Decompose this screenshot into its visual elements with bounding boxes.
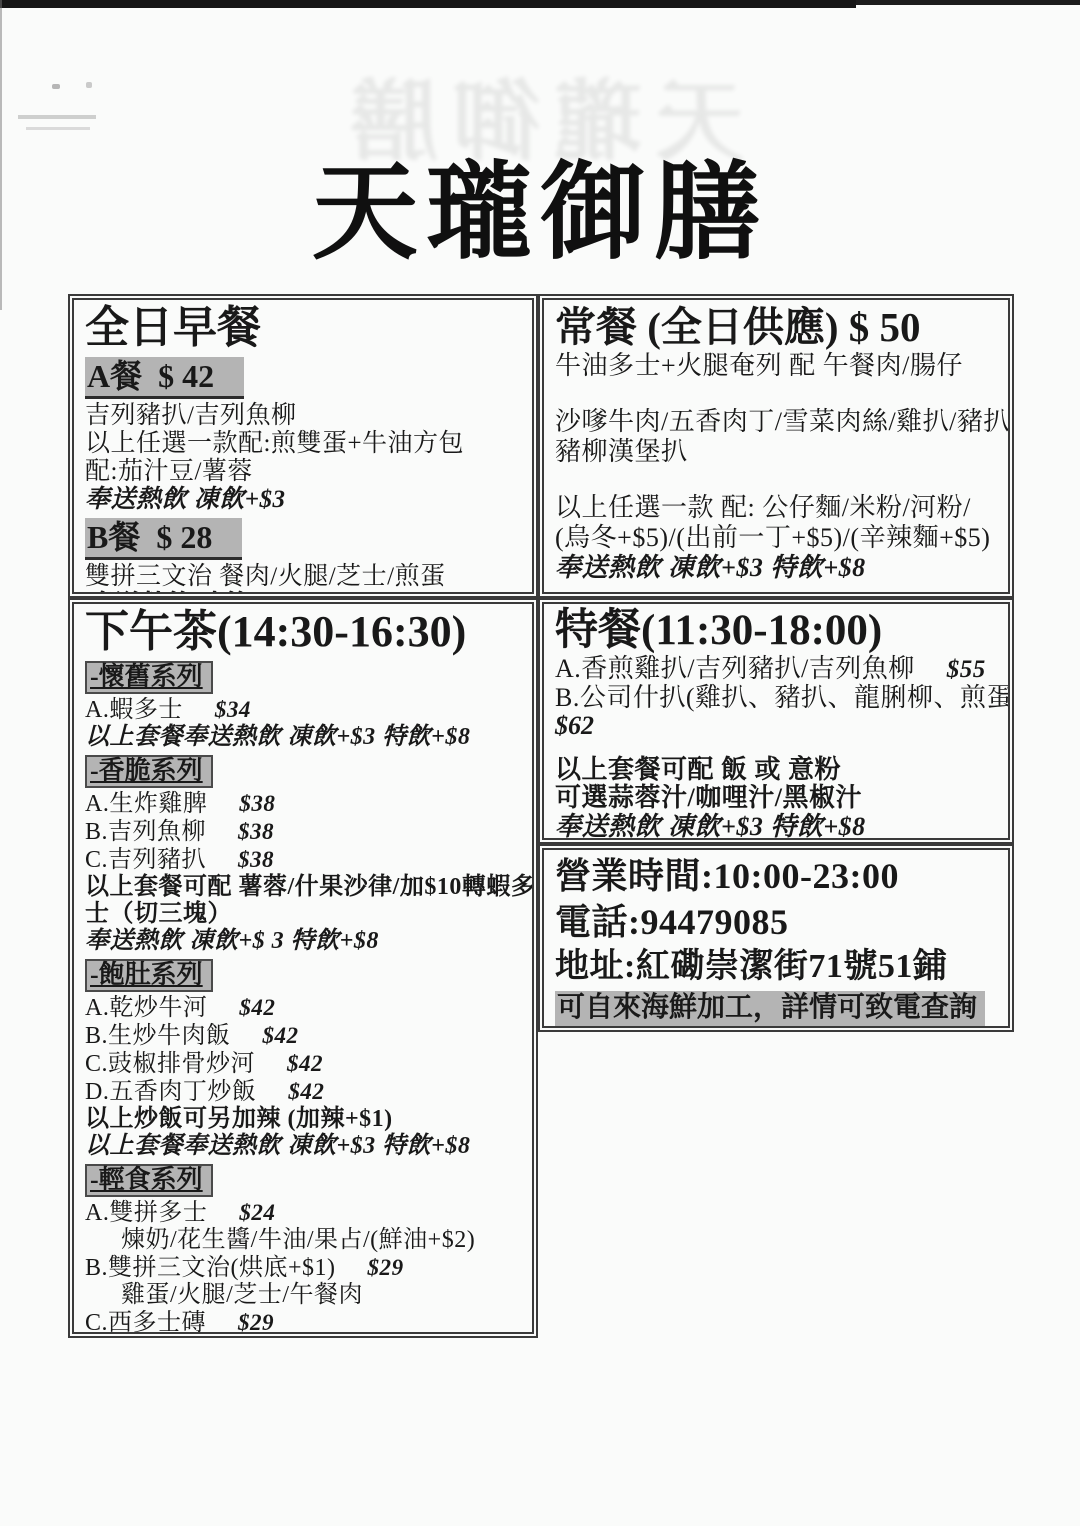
menu-item: A.雙拼多士$24	[85, 1199, 521, 1227]
menu-item: B.公司什扒(雞扒、豬扒、龍脷柳、煎蛋)	[555, 684, 997, 712]
afternoon-tea-section: 下午茶(14:30-16:30) -懷舊系列 A.蝦多士$34 以上套餐奉送熱飲…	[68, 598, 538, 1338]
item-name: A.香煎雞扒/吉列豬扒/吉列魚柳	[555, 654, 915, 683]
item-price: $62	[555, 712, 997, 740]
contact-info-section: 營業時間:10:00-23:00 電話:94479085 地址:紅磡崇潔街71號…	[538, 844, 1014, 1032]
menu-item: C.吉列豬扒$38	[85, 846, 521, 874]
menu-item: A.生炸雞脾$38	[85, 790, 521, 818]
menu-item-sub-line: 煉奶/花生醬/牛油/果占/(鮮油+$2)	[85, 1227, 521, 1254]
special-option-line: 以上套餐可配 飯 或 意粉	[555, 756, 997, 784]
menu-item: B.生炒牛肉飯$42	[85, 1022, 521, 1050]
breakfast-set-a-line: 吉列豬扒/吉列魚柳	[85, 402, 521, 430]
tea-series-4-header: -輕食系列	[85, 1164, 213, 1197]
regular-meal-section: 常餐 (全日供應) $ 50 牛油多士+火腿奄列 配 午餐肉/腸仔 沙嗲牛肉/五…	[538, 294, 1014, 598]
special-option-line: 可選蒜蓉汁/咖哩汁/黑椒汁	[555, 784, 997, 812]
tea-series-2-option-line: 以上套餐可配 薯蓉/什果沙律/加$10轉蝦多	[85, 874, 521, 901]
item-name: C.西多士磚	[85, 1310, 206, 1336]
item-name: C.豉椒排骨炒河	[85, 1051, 255, 1077]
breakfast-set-a-line: 以上任選一款配:煎雙蛋+牛油方包	[85, 430, 521, 458]
item-price: $42	[263, 1022, 299, 1048]
item-name: C.吉列豬扒	[85, 847, 206, 873]
item-price: $42	[239, 994, 275, 1020]
item-price: $24	[239, 1199, 275, 1225]
item-price: $42	[287, 1050, 323, 1076]
item-price: $42	[288, 1078, 324, 1104]
item-name: D.五香肉丁炒飯	[85, 1079, 256, 1105]
breakfast-set-b-drink-note: 奉送熱飲 凍飲+$3	[85, 591, 521, 598]
tea-series-3-drink-note: 以上套餐奉送熱飲 凍飲+$3 特飲+$8	[85, 1133, 521, 1160]
regular-meal-title: 常餐 (全日供應) $ 50	[555, 303, 997, 351]
menu-item: A.香煎雞扒/吉列豬扒/吉列魚柳$55	[555, 655, 997, 684]
item-name: A.雙拼多士	[85, 1200, 207, 1226]
item-name: A.生炸雞脾	[85, 791, 207, 817]
regular-meal-line: (烏冬+$5)/(出前一丁+$5)/(辛辣麵+$5)	[555, 523, 997, 553]
item-price: $38	[239, 790, 275, 816]
item-price: $29	[368, 1254, 404, 1280]
blank-line	[555, 467, 997, 493]
tea-series-4-drink-note: 以上套餐奉送熱飲 凍飲+$3 特飲+$8	[85, 1337, 521, 1338]
special-meal-title: 特餐(11:30-18:00)	[555, 607, 997, 655]
address: 地址:紅磡崇潔街71號51鋪	[555, 945, 997, 989]
item-name: B.雙拼三文治(烘底+$1)	[85, 1255, 336, 1281]
breakfast-set-a-label: A餐 $ 42	[85, 357, 244, 399]
breakfast-set-b-line: 雙拼三文治 餐肉/火腿/芝士/煎蛋	[85, 563, 521, 591]
breakfast-set-b-label: B餐 $ 28	[85, 518, 242, 560]
item-name: A.蝦多士	[85, 697, 183, 723]
menu-item: A.蝦多士$34	[85, 696, 521, 724]
regular-meal-line: 以上任選一款 配: 公仔麵/米粉/河粉/	[555, 493, 997, 523]
menu-item: A.乾炒牛河$42	[85, 994, 521, 1022]
item-price: $38	[238, 846, 274, 872]
scan-edge-artifact	[0, 0, 856, 8]
breakfast-section: 全日早餐 A餐 $ 42 吉列豬扒/吉列魚柳 以上任選一款配:煎雙蛋+牛油方包 …	[68, 294, 538, 598]
breakfast-set-a-line: 配:茄汁豆/薯蓉	[85, 458, 521, 486]
tea-series-2-option-line: 士（切三塊）	[85, 901, 521, 928]
seafood-processing-note: 可自來海鮮加工，詳情可致電查詢	[555, 991, 985, 1028]
tea-series-1-header: -懷舊系列	[85, 661, 213, 694]
item-price: $38	[238, 818, 274, 844]
item-price: $55	[947, 656, 986, 683]
menu-page: 天瓏御膳 天瓏御膳 全日早餐 A餐 $ 42 吉列豬扒/吉列魚柳 以上任選一款配…	[0, 0, 1080, 1526]
blank-line	[555, 740, 997, 756]
menu-item-sub-line: 雞蛋/火腿/芝士/午餐肉	[85, 1282, 521, 1309]
tea-series-3-option-line: 以上炒飯可另加辣 (加辣+$1)	[85, 1106, 521, 1133]
tea-series-3-header: -飽肚系列	[85, 959, 213, 992]
regular-meal-line: 豬柳漢堡扒	[555, 437, 997, 467]
item-name: B.生炒牛肉飯	[85, 1023, 231, 1049]
phone-number: 電話:94479085	[555, 899, 997, 945]
breakfast-section-title: 全日早餐	[85, 303, 521, 353]
special-drink-note: 奉送熱飲 凍飲+$3 特飲+$8	[555, 812, 997, 842]
item-name: A.乾炒牛河	[85, 995, 207, 1021]
item-price: $34	[215, 696, 251, 722]
restaurant-title: 天瓏御膳	[0, 128, 1080, 280]
menu-item: B.雙拼三文治(烘底+$1)$29	[85, 1254, 521, 1282]
item-price: $29	[238, 1309, 274, 1335]
blank-line	[555, 381, 997, 407]
item-name: B.吉列魚柳	[85, 819, 206, 845]
menu-item: D.五香肉丁炒飯$42	[85, 1078, 521, 1106]
menu-item: C.西多士磚$29	[85, 1309, 521, 1337]
opening-hours: 營業時間:10:00-23:00	[555, 853, 997, 899]
regular-meal-line: 牛油多士+火腿奄列 配 午餐肉/腸仔	[555, 351, 997, 381]
menu-item: C.豉椒排骨炒河$42	[85, 1050, 521, 1078]
tea-series-1-drink-note: 以上套餐奉送熱飲 凍飲+$3 特飲+$8	[85, 724, 521, 751]
breakfast-set-a-drink-note: 奉送熱飲 凍飲+$3	[85, 486, 521, 514]
afternoon-tea-title: 下午茶(14:30-16:30)	[85, 607, 521, 657]
regular-meal-drink-note: 奉送熱飲 凍飲+$3 特飲+$8	[555, 553, 997, 583]
tea-series-2-header: -香脆系列	[85, 755, 213, 788]
tea-series-2-drink-note: 奉送熱飲 凍飲+$ 3 特飲+$8	[85, 928, 521, 955]
regular-meal-line: 沙嗲牛肉/五香肉丁/雪菜肉絲/雞扒/豬扒/	[555, 407, 997, 437]
menu-item: B.吉列魚柳$38	[85, 818, 521, 846]
special-meal-section: 特餐(11:30-18:00) A.香煎雞扒/吉列豬扒/吉列魚柳$55 B.公司…	[538, 598, 1014, 844]
